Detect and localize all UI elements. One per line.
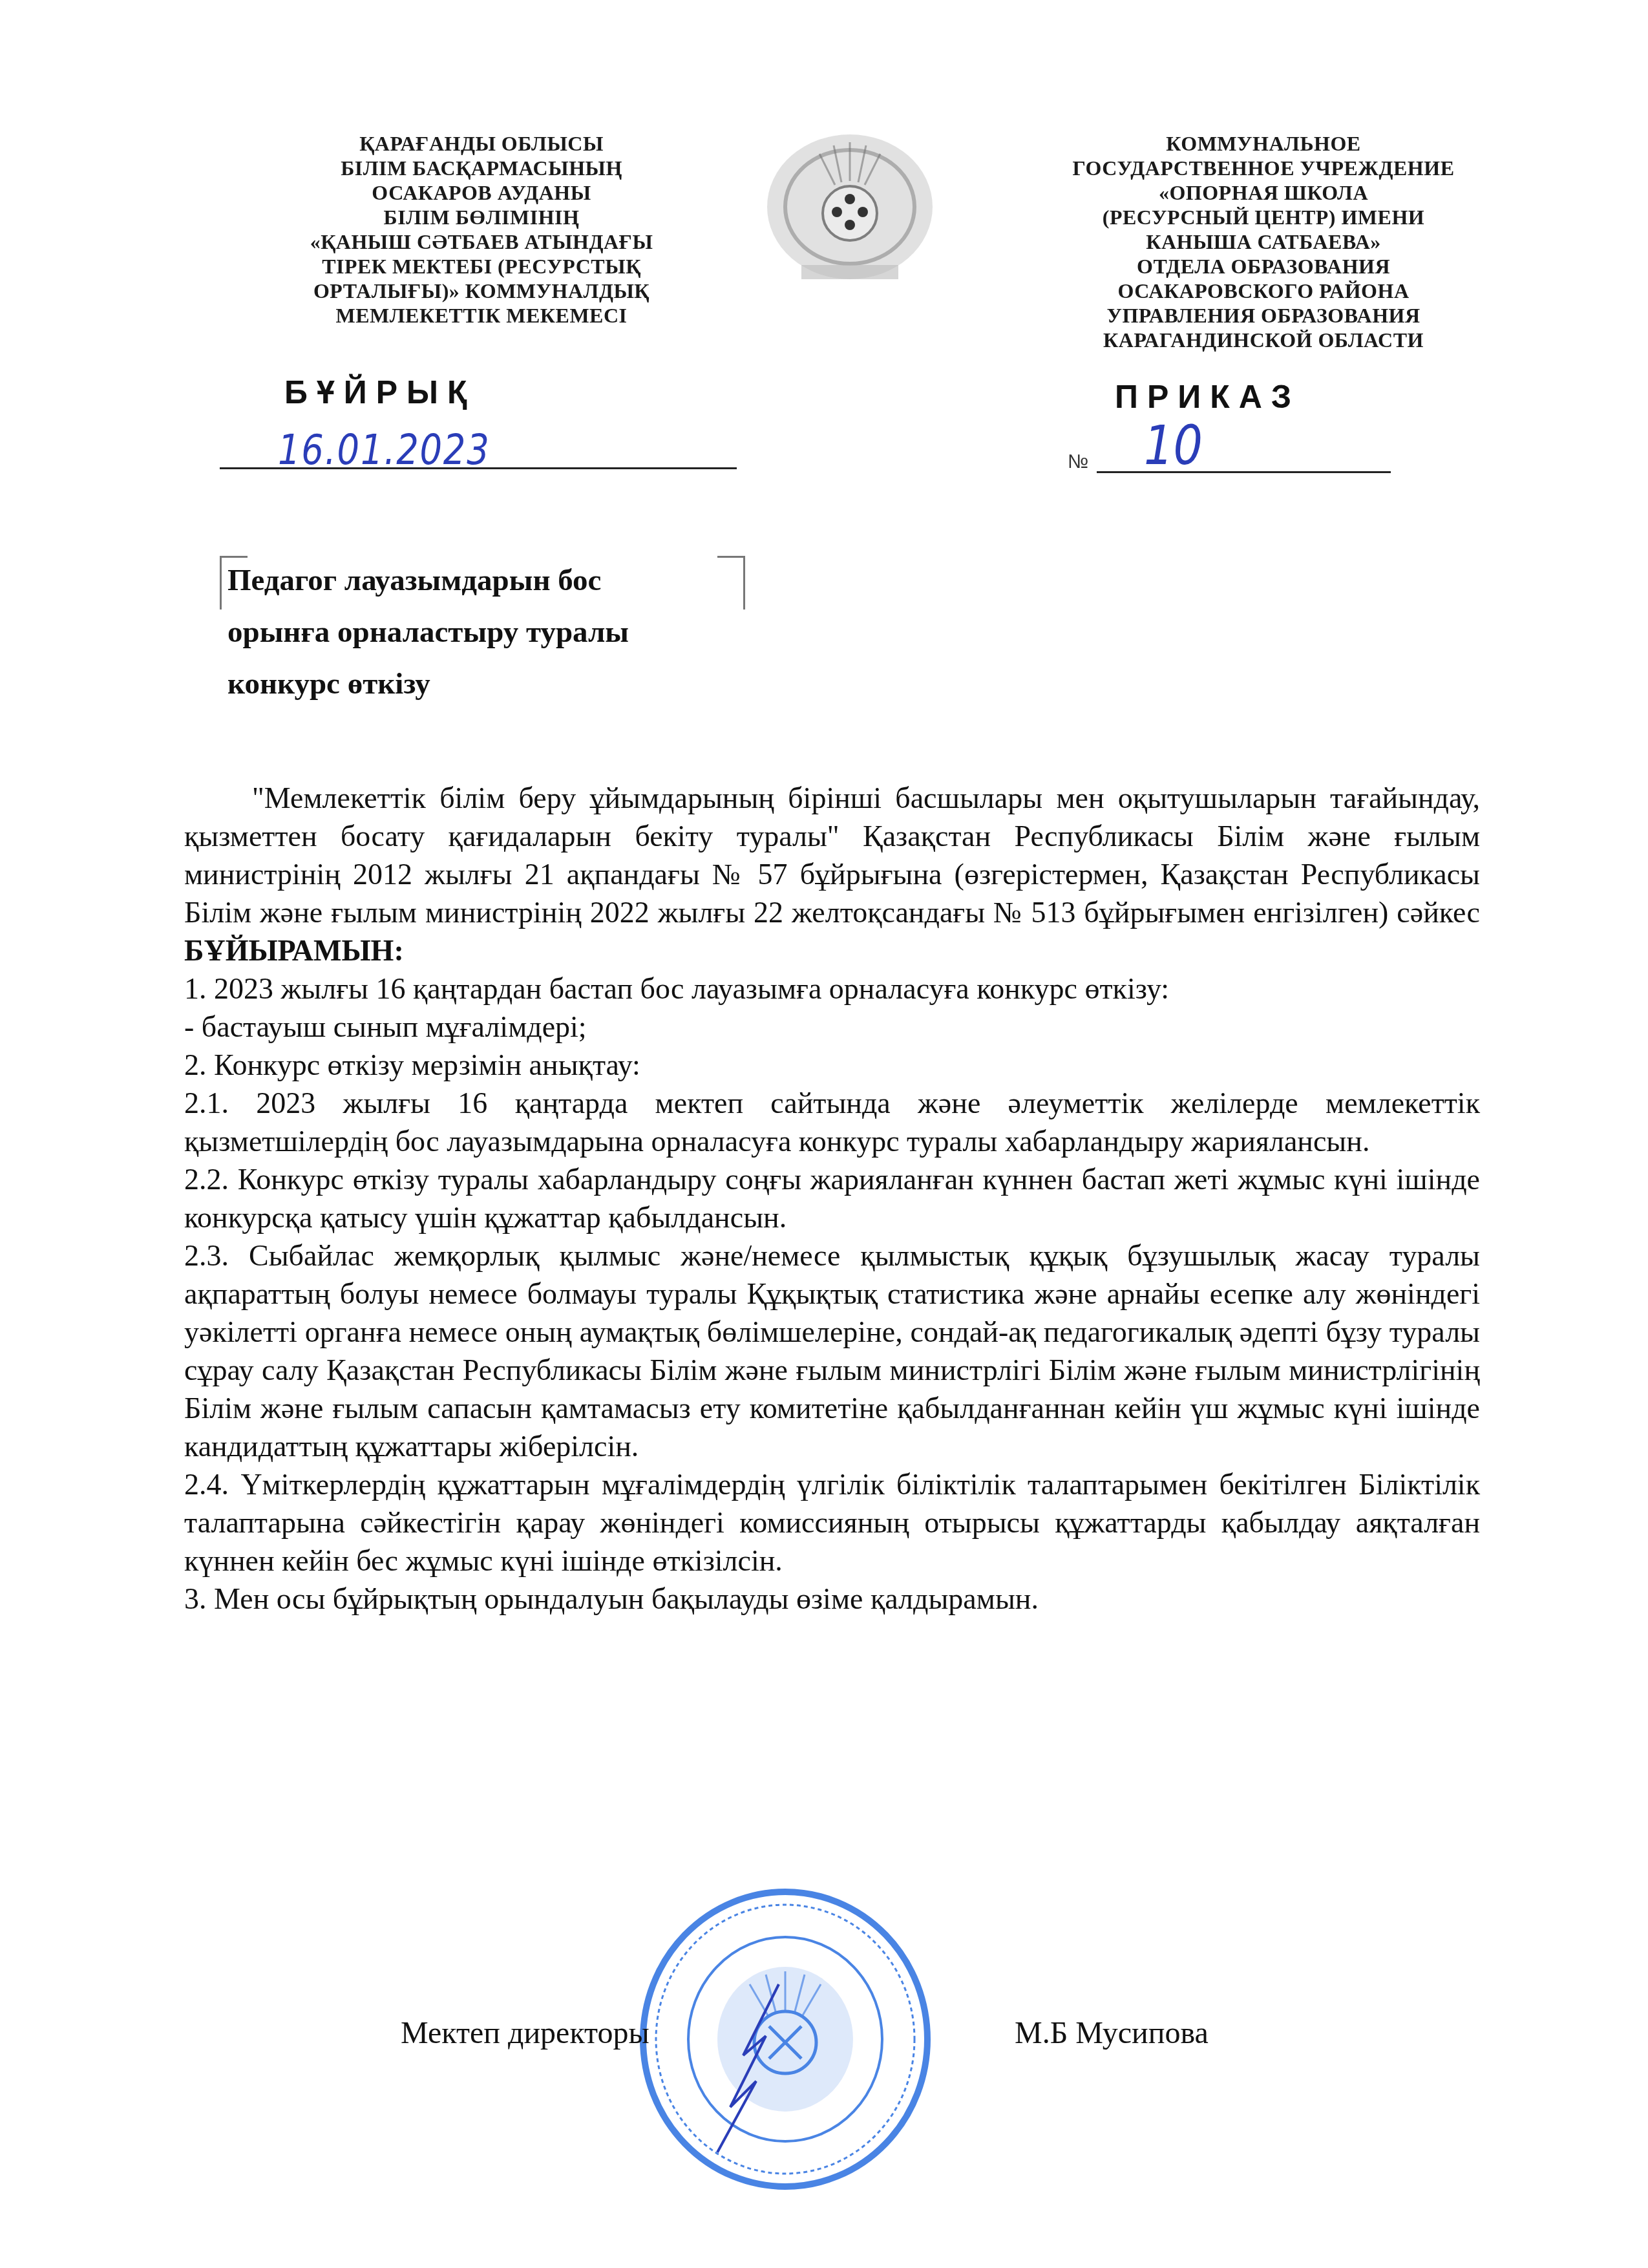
subject-line: Педагог лауазымдарын бос [227,555,757,606]
header-right-russian: КОММУНАЛЬНОЕ ГОСУДАРСТВЕННОЕ УЧРЕЖДЕНИЕ … [1018,131,1509,352]
order-title-russian: ПРИКАЗ [1115,378,1300,416]
signer-name: М.Б Мусипова [1015,2015,1209,2051]
order-body: "Мемлекеттік білім беру ұйымдарының бірі… [184,779,1480,1618]
number-underline [1097,471,1391,473]
signer-title: Мектеп директоры [401,2015,650,2051]
header-left-kazakh: ҚАРАҒАНДЫ ОБЛЫСЫ БІЛІМ БАСҚАРМАСЫНЫҢ ОСА… [255,131,708,328]
order-subject: Педагог лауазымдарын бос орынға орналаст… [227,555,757,710]
header-left-line: ОРТАЛЫҒЫ)» КОММУНАЛДЫҚ [255,279,708,303]
preamble-paragraph: "Мемлекеттік білім беру ұйымдарының бірі… [184,779,1480,970]
order-item: 2.2. Конкурс өткізу туралы хабарландыру … [184,1160,1480,1236]
number-sign: № [1068,451,1088,473]
header-right-line: ОСАКАРОВСКОГО РАЙОНА [1018,279,1509,303]
header-right-line: КАРАГАНДИНСКОЙ ОБЛАСТИ [1018,328,1509,352]
command-word: БҰЙЫРАМЫН: [184,934,404,967]
preamble-text: "Мемлекеттік білім беру ұйымдарының бірі… [184,781,1480,929]
subject-line: орынға орналастыру туралы [227,606,757,658]
order-item: - бастауыш сынып мұғалімдері; [184,1008,1480,1046]
order-item: 1. 2023 жылғы 16 қаңтардан бастап бос ла… [184,970,1480,1008]
order-number: 10 [1144,414,1203,477]
header-right-line: УПРАВЛЕНИЯ ОБРАЗОВАНИЯ [1018,303,1509,328]
header-right-line: КАНЫША САТБАЕВА» [1018,229,1509,254]
header-left-line: «ҚАНЫШ СӘТБАЕВ АТЫНДАҒЫ [255,229,708,254]
header-right-line: ГОСУДАРСТВЕННОЕ УЧРЕЖДЕНИЕ [1018,156,1509,180]
header-left-line: БІЛІМ БАСҚАРМАСЫНЫҢ [255,156,708,180]
header-left-line: БІЛІМ БӨЛІМІНІҢ [255,205,708,229]
header-left-line: ТІРЕК МЕКТЕБІ (РЕСУРСТЫҚ [255,254,708,279]
subject-line: конкурс өткізу [227,658,757,710]
header-right-line: КОММУНАЛЬНОЕ [1018,131,1509,156]
header-right-line: (РЕСУРСНЫЙ ЦЕНТР) ИМЕНИ [1018,205,1509,229]
order-item: 2.3. Сыбайлас жемқорлық қылмыс және/неме… [184,1236,1480,1465]
header-left-line: ҚАРАҒАНДЫ ОБЛЫСЫ [255,131,708,156]
header-left-line: МЕМЛЕКЕТТІК МЕКЕМЕСІ [255,303,708,328]
header-right-line: ОТДЕЛА ОБРАЗОВАНИЯ [1018,254,1509,279]
order-item: 2.4. Үміткерлердің құжаттарын мұғалімдер… [184,1465,1480,1580]
order-item: 3. Мен осы бұйрықтың орындалуын бақылауд… [184,1580,1480,1618]
order-item: 2. Конкурс өткізу мерзімін анықтау: [184,1046,1480,1084]
signature-scribble-icon [704,1978,788,2159]
date-underline [220,467,737,469]
header-left-line: ОСАКАРОВ АУДАНЫ [255,180,708,205]
order-title-kazakh: БҰЙРЫҚ [284,374,476,411]
header-right-line: «ОПОРНАЯ ШКОЛА [1018,180,1509,205]
state-emblem-icon [756,123,944,297]
order-item: 2.1. 2023 жылғы 16 қаңтарда мектеп сайты… [184,1084,1480,1160]
